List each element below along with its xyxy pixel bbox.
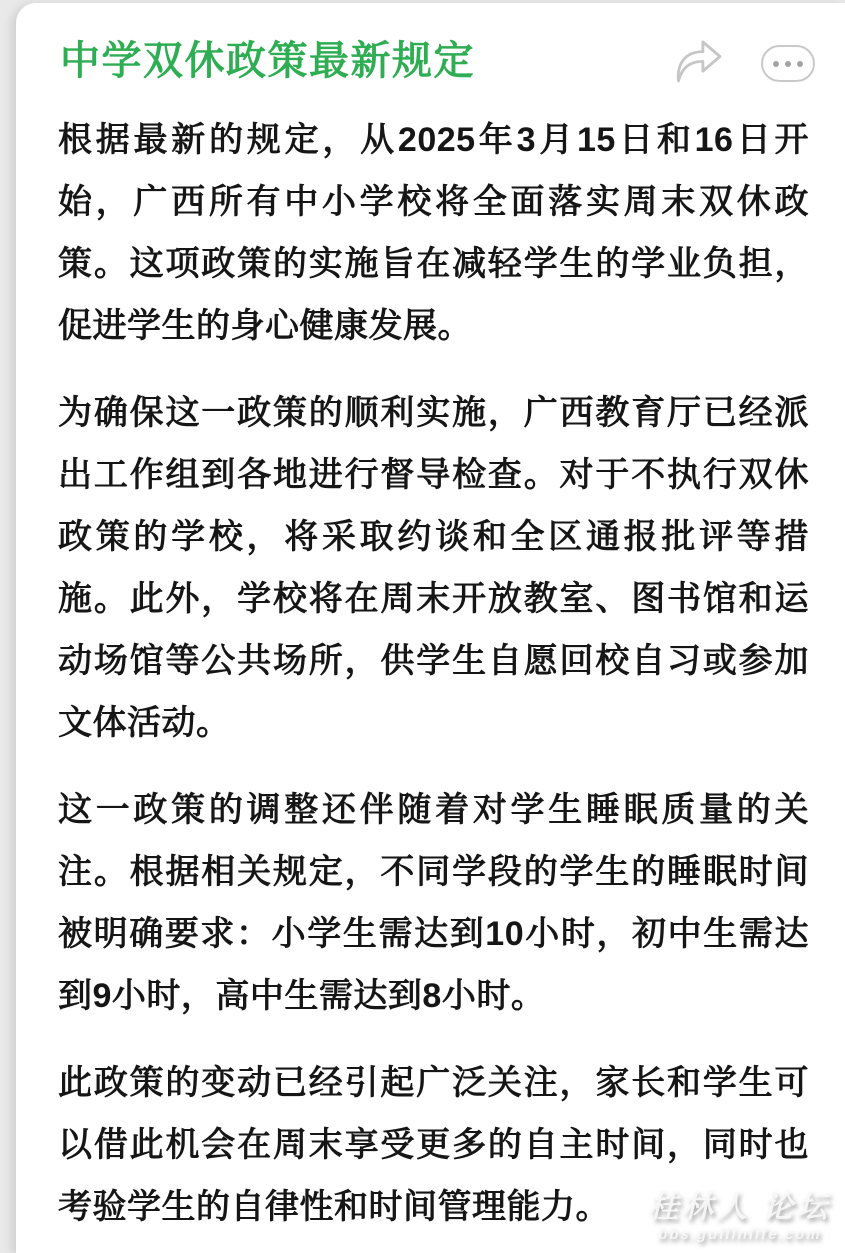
article-header: 中学双休政策最新规定 <box>16 3 845 89</box>
paragraph-4: 此政策的变动已经引起广泛关注，家长和学生可以借此机会在周末享受更多的自主时间，同… <box>58 1052 809 1238</box>
article-card: 中学双休政策最新规定 根据最新的规定，从2025年3月15日和16日开始，广西所… <box>16 3 845 1253</box>
paragraph-1: 根据最新的规定，从2025年3月15日和16日开始，广西所有中小学校将全面落实周… <box>58 109 809 357</box>
article-body: 根据最新的规定，从2025年3月15日和16日开始，广西所有中小学校将全面落实周… <box>16 89 845 1238</box>
ellipsis-icon <box>773 61 803 67</box>
paragraph-2: 为确保这一政策的顺利实施，广西教育厅已经派出工作组到各地进行督导检查。对于不执行… <box>58 382 809 754</box>
more-options-button[interactable] <box>761 45 815 82</box>
paragraph-3: 这一政策的调整还伴随着对学生睡眠质量的关注。根据相关规定，不同学段的学生的睡眠时… <box>58 779 809 1027</box>
share-icon <box>672 37 724 89</box>
share-button[interactable] <box>672 37 724 89</box>
page-title: 中学双休政策最新规定 <box>60 35 672 87</box>
